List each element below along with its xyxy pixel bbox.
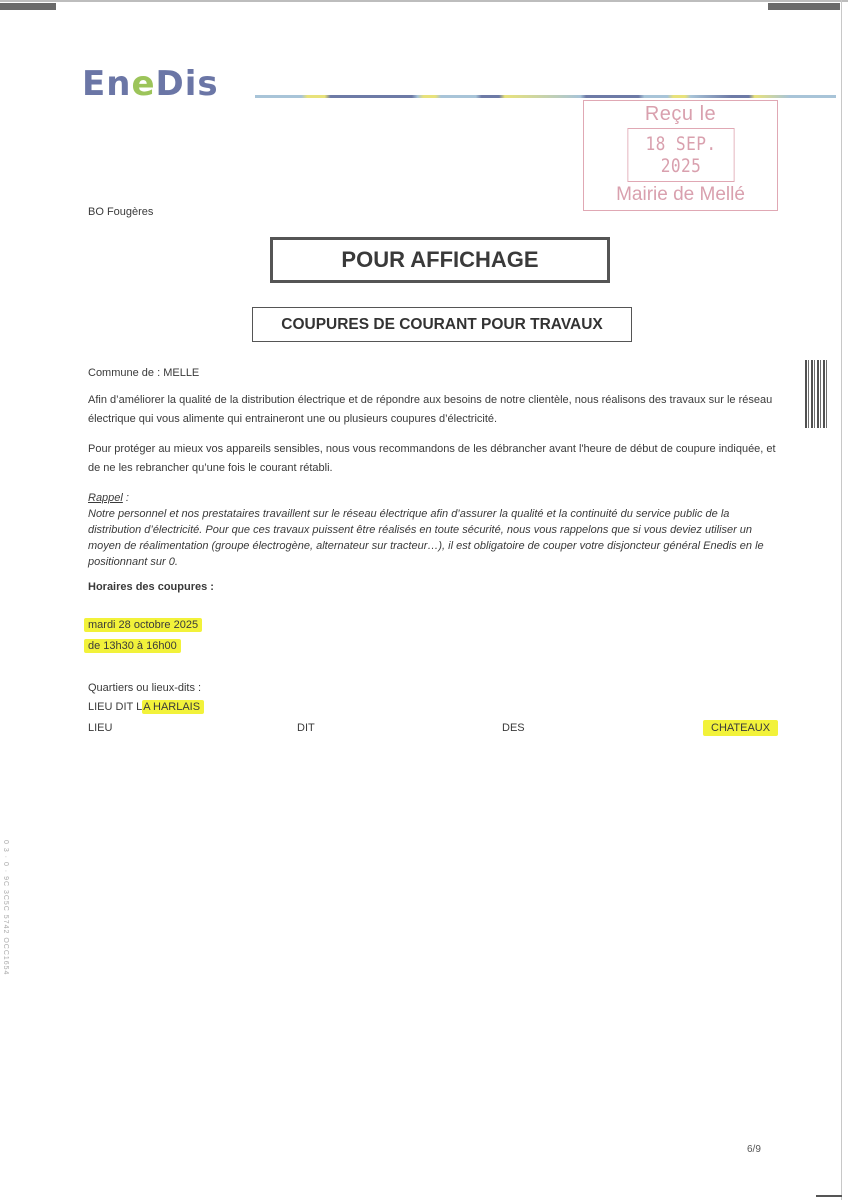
subtitle-box: COUPURES DE COURANT POUR TRAVAUX (252, 307, 632, 342)
side-scan-code: 0 3 · 0 · 9C 3C5C 5742 OCC1654 (2, 840, 9, 975)
page-number: 6/9 (747, 1144, 761, 1155)
quartiers-heading: Quartiers ou lieux-dits : (88, 679, 201, 698)
paragraph-intro: Afin d’améliorer la qualité de la distri… (88, 391, 778, 429)
stamp-date: 18 SEP. 2025 (627, 128, 734, 182)
paragraph-advice: Pour protéger au mieux vos appareils sen… (88, 440, 778, 478)
scan-mark-bottom (816, 1195, 842, 1197)
horaires-heading: Horaires des coupures : (88, 578, 214, 597)
scan-mark-left (0, 3, 56, 10)
word-lieu: LIEU (88, 719, 112, 738)
scan-mark-right (768, 3, 840, 10)
logo-text-1: En (82, 64, 131, 104)
lieu-dit-prefix: LIEU DIT L (88, 701, 142, 713)
lieu-dit-line: LIEU DIT LA HARLAIS (88, 698, 204, 717)
scan-edge-right (841, 0, 842, 1200)
chateaux-highlight: CHATEAUX (703, 720, 778, 736)
commune-line: Commune de : MELLE (88, 364, 199, 383)
rappel-suffix: : (123, 492, 129, 504)
rappel-text: Notre personnel et nos prestataires trav… (88, 506, 778, 570)
word-chateaux: CHATEAUX (707, 719, 778, 738)
outage-date-highlight: mardi 28 octobre 2025 (84, 618, 202, 632)
stamp-mairie: Mairie de Mellé (584, 184, 777, 206)
logo-text-2: e (131, 64, 155, 104)
enedis-logo: EneDis (82, 64, 219, 104)
outage-date: mardi 28 octobre 2025 (88, 616, 202, 635)
outage-time: de 13h30 à 16h00 (88, 637, 181, 656)
lieu-dit-highlight: A HARLAIS (142, 700, 204, 714)
word-des: DES (502, 719, 525, 738)
word-dit: DIT (297, 719, 315, 738)
outage-time-highlight: de 13h30 à 16h00 (84, 639, 181, 653)
title-box: POUR AFFICHAGE (270, 237, 610, 283)
datamatrix-code (805, 360, 827, 428)
logo-text-3: Dis (156, 64, 219, 104)
rappel-label: Rappel (88, 492, 123, 504)
scan-edge-top (0, 0, 848, 2)
stamp-received-label: Reçu le (584, 103, 777, 126)
header-decorative-rule (255, 95, 836, 98)
sender: BO Fougères (88, 206, 153, 218)
reception-stamp: Reçu le 18 SEP. 2025 Mairie de Mellé (583, 100, 778, 211)
rappel-block: Rappel : Notre personnel et nos prestata… (88, 490, 778, 570)
